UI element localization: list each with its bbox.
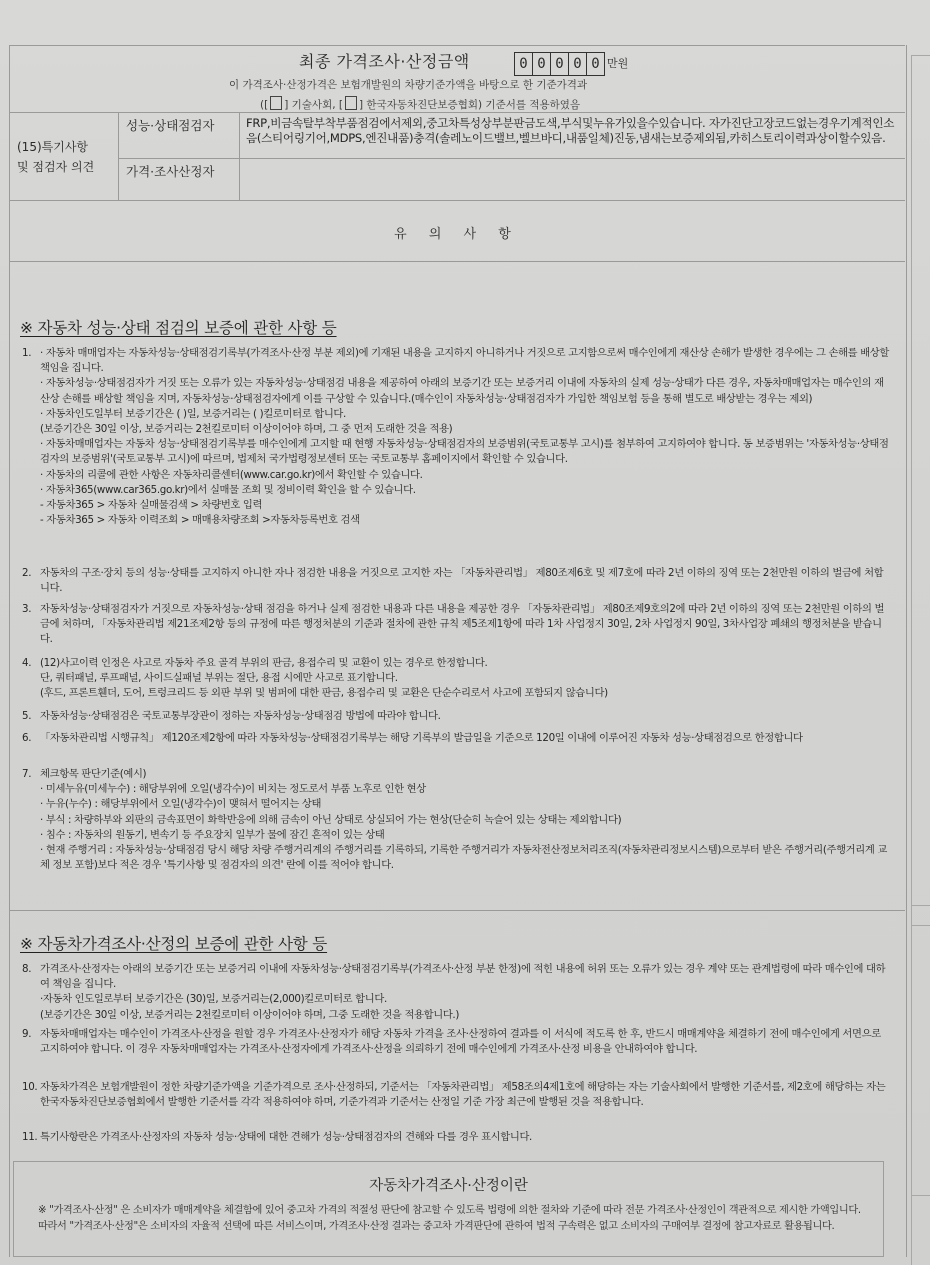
item-number: 1.	[22, 346, 31, 361]
appraiser-opinion-cell[interactable]	[240, 159, 905, 200]
document-page: 최종 가격조사·산정금액 0 0 0 0 0 만원 이 가격조사·산정가격은 보…	[0, 0, 930, 1265]
notice-item-2: 2. 자동차의 구조·장치 등의 성능·상태를 고지하지 아니한 자나 점검한 …	[22, 566, 892, 596]
amount-digit[interactable]: 0	[587, 53, 604, 75]
item-number: 4.	[22, 656, 31, 671]
item-number: 11.	[22, 1130, 37, 1145]
item-line: 자동차성능·상태점검은 국토교통부장관이 정하는 자동차성능·상태점검 방법에 …	[40, 709, 892, 724]
item-line: · 현재 주행거리 : 자동차성능·상태점검 당시 해당 차량 주행거리계의 주…	[40, 843, 892, 873]
item-line: · 자동차 매매업자는 자동차성능·상태점검기록부(가격조사·산정 부분 제외)…	[40, 346, 892, 376]
item-line: · 미세누유(미세누수) : 해당부위에 오일(냉각수)이 비치는 정도로서 부…	[40, 782, 892, 797]
appraiser-label: 가격·조사산정자	[126, 163, 232, 181]
item-line: (보증기간은 30일 이상, 보증거리는 2천킬로미터 이상이어야 하며, 그중…	[40, 1008, 892, 1023]
item-number: 9.	[22, 1027, 31, 1042]
bracket-open: ([	[260, 99, 268, 111]
amount-digit[interactable]: 0	[551, 53, 569, 75]
item-line: · 부식 : 차량하부와 외판의 금속표면이 화학반응에 의해 금속이 아닌 상…	[40, 813, 892, 828]
amount-digit-boxes[interactable]: 0 0 0 0 0	[514, 52, 605, 76]
item-line: · 자동차성능·상태점검자가 거짓 또는 오류가 있는 자동차성능·상태점검 내…	[40, 376, 892, 406]
item-line: 특기사항란은 가격조사·산정자의 자동차 성능·상태에 대한 견해가 성능·상태…	[40, 1130, 892, 1145]
item-line: · 침수 : 자동차의 원동기, 변속기 등 주요장치 일부가 물에 잠긴 흔적…	[40, 828, 892, 843]
item-line: · 누유(누수) : 해당부위에서 오일(냉각수)이 맺혀서 떨어지는 상태	[40, 797, 892, 812]
notice-item-10: 10. 자동차가격은 보험개발원이 정한 차량기준가액을 기준가격으로 조사·산…	[22, 1080, 892, 1110]
item-line: (보증기간은 30일 이상, 보증거리는 2천킬로미터 이상이어야 하며, 그 …	[40, 422, 892, 437]
amount-unit: 만원	[607, 55, 628, 71]
section-divider	[9, 910, 905, 911]
checkbox-engineering-society[interactable]	[270, 96, 282, 110]
row-label-line1: (15)특기사항	[17, 138, 88, 155]
notice-item-3: 3. 자동차성능·상태점검자가 거짓으로 자동차성능·상태 점검을 하거나 실제…	[22, 602, 892, 648]
item-number: 3.	[22, 602, 31, 617]
standard-selection-line: ([] 기술사회, [] 한국자동차진단보증협회) 기준서를 적용하였음	[260, 96, 580, 112]
amount-digit[interactable]: 0	[569, 53, 587, 75]
notice-item-9: 9. 자동차매매업자는 매수인이 가격조사·산정을 원할 경우 가격조사·산정자…	[22, 1027, 892, 1057]
section1-title: ※ 자동차 성능·상태 점검의 보증에 관한 사항 등	[20, 316, 337, 338]
checkbox-kadwa[interactable]	[345, 96, 357, 110]
item-line: (12)사고이력 인정은 사고로 자동차 주요 골격 부위의 판금, 용접수리 …	[40, 656, 892, 671]
item-line: 자동차매매업자는 매수인이 가격조사·산정을 원할 경우 가격조사·산정자가 해…	[40, 1027, 892, 1057]
inspector-opinion-cell[interactable]: FRP,비금속탈부착부품점검에서제외,중고차특성상부분판금도색,부식및누유가있을…	[240, 113, 905, 159]
row-label-line2: 및 점검자 의견	[17, 158, 94, 175]
item-line: 가격조사·산정자는 아래의 보증기간 또는 보증거리 이내에 자동차성능·상태점…	[40, 962, 892, 992]
notice-item-5: 5. 자동차성능·상태점검은 국토교통부장관이 정하는 자동차성능·상태점검 방…	[22, 709, 892, 724]
option-engineering-society-label: ] 기술사회, [	[284, 99, 343, 111]
notice-item-1: 1. · 자동차 매매업자는 자동차성능·상태점검기록부(가격조사·산정 부분 …	[22, 346, 892, 528]
notice-item-8: 8. 가격조사·산정자는 아래의 보증기간 또는 보증거리 이내에 자동차성능·…	[22, 962, 892, 1023]
inspector-opinion-text: FRP,비금속탈부착부품점검에서제외,중고차특성상부분판금도색,부식및누유가있을…	[246, 116, 901, 145]
item-line: · 자동차인도일부터 보증기간은 ( )일, 보증거리는 ( )킬로미터로 합니…	[40, 407, 892, 422]
item-number: 10.	[22, 1080, 37, 1095]
item-line: 자동차성능·상태점검자가 거짓으로 자동차성능·상태 점검을 하거나 실제 점검…	[40, 602, 892, 648]
special-notes-row-label: (15)특기사항 및 점검자 의견	[9, 113, 119, 200]
item-line: · 자동차365(www.car365.go.kr)에서 실매물 조회 및 정비…	[40, 483, 892, 498]
amount-digit[interactable]: 0	[533, 53, 551, 75]
price-basis-note: 이 가격조사·산정가격은 보험개발원의 차량기준가액을 바탕으로 한 기준가격과	[229, 77, 587, 92]
appraiser-label-cell: 가격·조사산정자	[119, 159, 240, 200]
item-line: · 자동차의 리콜에 관한 사항은 자동차리콜센터(www.car.go.kr)…	[40, 468, 892, 483]
notice-item-7: 7. 체크항목 판단기준(예시) · 미세누유(미세누수) : 해당부위에 오일…	[22, 767, 892, 873]
option-kadwa-label: ] 한국자동차진단보증협회) 기준서를 적용하였음	[359, 99, 580, 111]
special-notes-table: (15)특기사항 및 점검자 의견 성능·상태점검자 FRP,비금속탈부착부품점…	[9, 112, 905, 201]
item-line: ·자동차 인도일로부터 보증기간은 (30)일, 보증거리는(2,000)킬로미…	[40, 992, 892, 1007]
item-line: 자동차가격은 보험개발원이 정한 차량기준가액을 기준가격으로 조사·산정하되,…	[40, 1080, 892, 1110]
item-number: 8.	[22, 962, 31, 977]
notice-heading: 유 의 사 항	[9, 223, 905, 242]
item-number: 5.	[22, 709, 31, 724]
definition-text: ※ "가격조사·산정" 은 소비자가 매매계약을 체결함에 있어 중고차 가격의…	[38, 1203, 868, 1234]
notice-item-11: 11. 특기사항란은 가격조사·산정자의 자동차 성능·상태에 대한 견해가 성…	[22, 1130, 892, 1145]
item-line: 「자동차관리법 시행규칙」 제120조제2항에 따라 자동차성능·상태점검기록부…	[40, 731, 892, 746]
final-price-title: 최종 가격조사·산정금액	[299, 49, 470, 72]
adjacent-page-edge	[911, 55, 930, 1265]
notice-item-4: 4. (12)사고이력 인정은 사고로 자동차 주요 골격 부위의 판금, 용접…	[22, 656, 892, 702]
amount-digit[interactable]: 0	[515, 53, 533, 75]
section2-title: ※ 자동차가격조사·산정의 보증에 관한 사항 등	[20, 932, 327, 954]
item-line: 단, 쿼터패널, 루프패널, 사이드실패널 부위는 절단, 용접 시에만 사고로…	[40, 671, 892, 686]
item-number: 7.	[22, 767, 31, 782]
definition-box: 자동차가격조사·산정이란 ※ "가격조사·산정" 은 소비자가 매매계약을 체결…	[13, 1161, 884, 1257]
item-line: - 자동차365 > 자동차 실매물검색 > 차량번호 입력	[40, 498, 892, 513]
item-line: 자동차의 구조·장치 등의 성능·상태를 고지하지 아니한 자나 점검한 내용을…	[40, 566, 892, 596]
notice-heading-row: 유 의 사 항	[9, 199, 905, 262]
item-line: 체크항목 판단기준(예시)	[40, 767, 892, 782]
item-number: 6.	[22, 731, 31, 746]
item-line: (후드, 프론트휀더, 도어, 트렁크리드 등 외판 부위 및 범퍼에 대한 판…	[40, 686, 892, 701]
notice-item-6: 6. 「자동차관리법 시행규칙」 제120조제2항에 따라 자동차성능·상태점검…	[22, 731, 892, 746]
inspector-label: 성능·상태점검자	[126, 117, 232, 135]
item-line: · 자동차매매업자는 자동차 성능·상태점검기록부를 매수인에게 고지할 때 현…	[40, 437, 892, 467]
inspector-label-cell: 성능·상태점검자	[119, 113, 240, 159]
item-line: - 자동차365 > 자동차 이력조회 > 매매용차량조회 >자동차등록번호 검…	[40, 513, 892, 528]
final-price-section: 최종 가격조사·산정금액 0 0 0 0 0 만원 이 가격조사·산정가격은 보…	[9, 45, 905, 113]
definition-title: 자동차가격조사·산정이란	[14, 1174, 883, 1195]
item-number: 2.	[22, 566, 31, 581]
